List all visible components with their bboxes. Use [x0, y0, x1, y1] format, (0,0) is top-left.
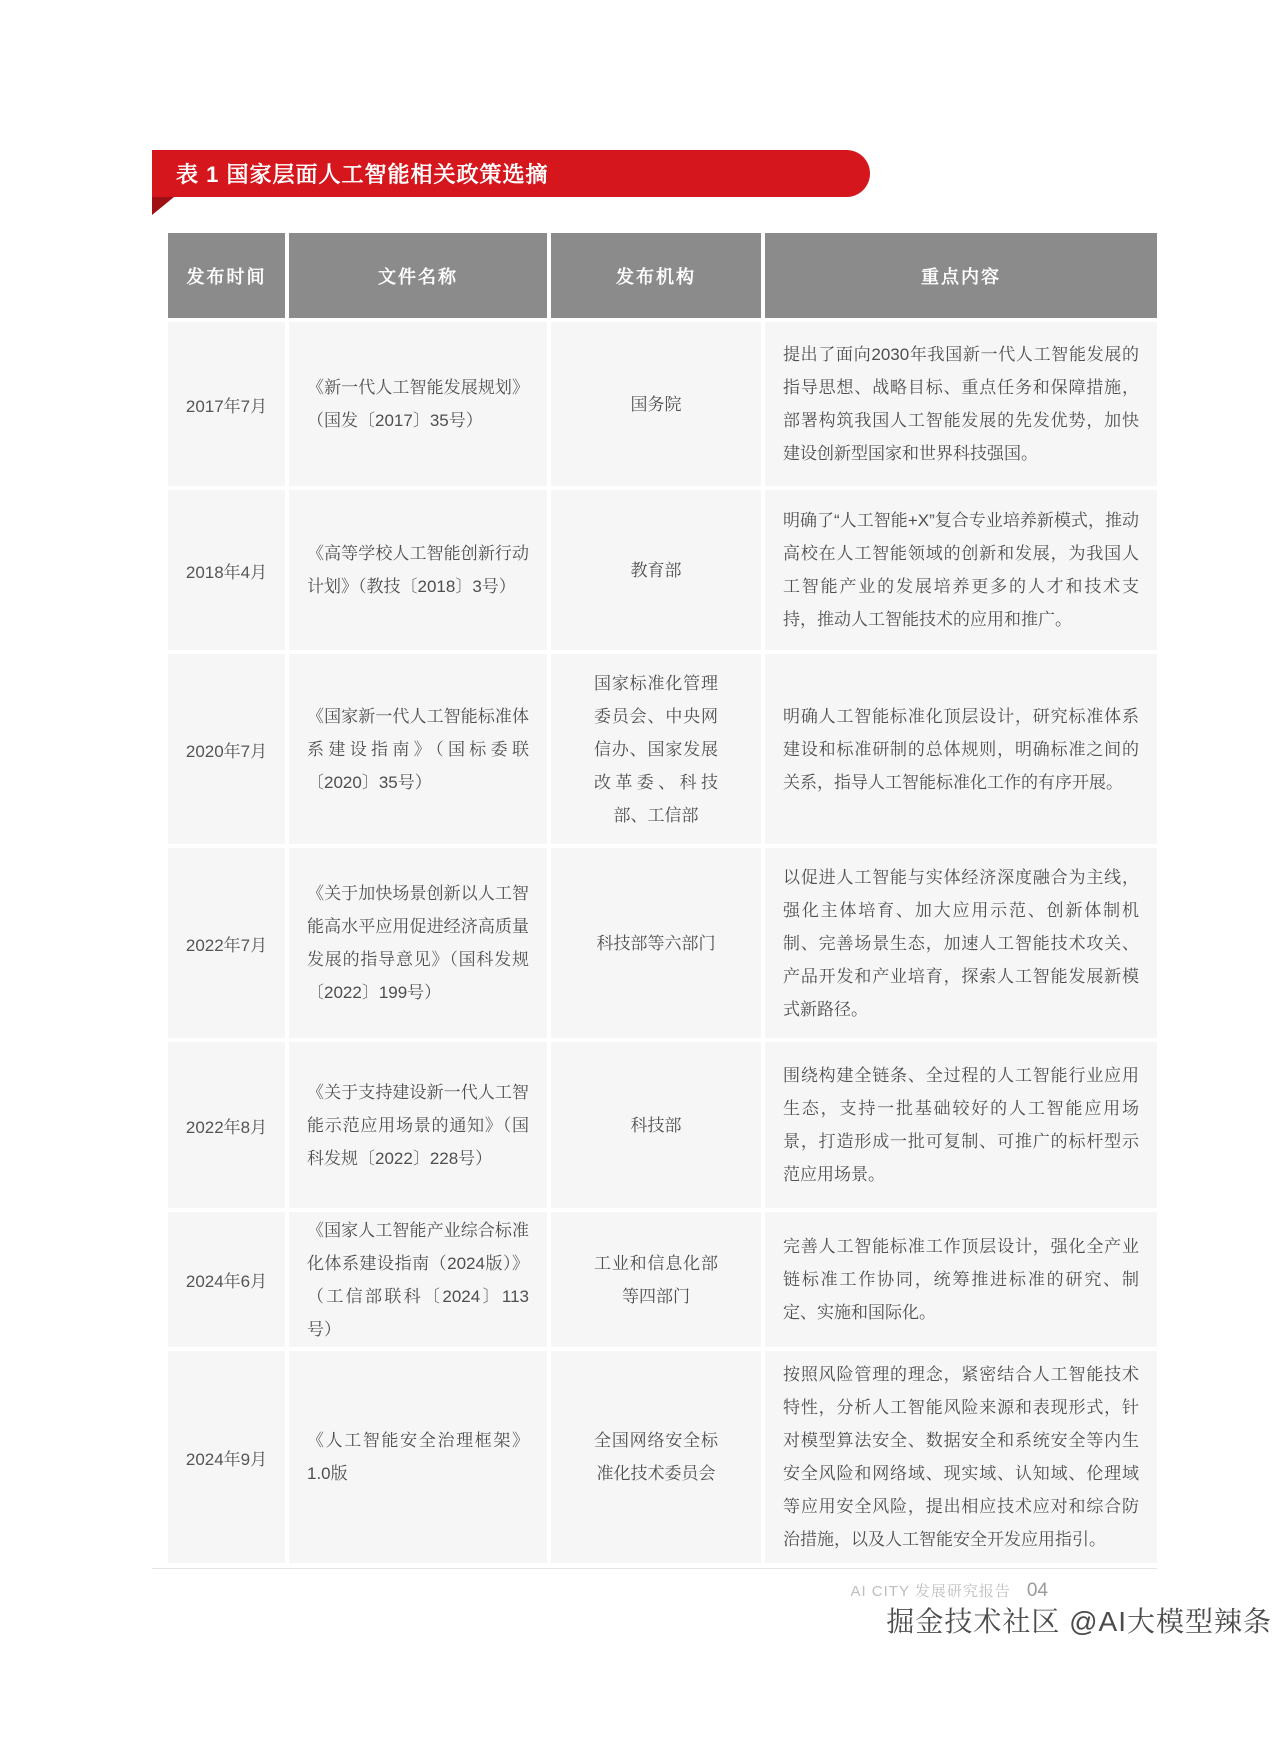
report-title: AI CITY 发展研究报告 — [850, 1580, 1010, 1601]
date-text: 2022年8月 — [186, 1113, 267, 1138]
document-name-text: 《人工智能安全治理框架》1.0版 — [307, 1424, 529, 1490]
cell-issuing-agency: 全国网络安全标准化技术委员会 — [551, 1351, 761, 1563]
document-name-text: 《国家人工智能产业综合标准化体系建设指南（2024版）》（工信部联科〔2024〕… — [307, 1214, 529, 1346]
date-text: 2022年7月 — [186, 931, 267, 956]
cell-date: 2022年7月 — [168, 848, 285, 1038]
column-header-publish-date: 发布时间 — [168, 233, 285, 318]
cell-key-content: 按照风险管理的理念，紧密结合人工智能技术特性，分析人工智能风险来源和表现形式，针… — [765, 1351, 1157, 1563]
key-content-text: 明确人工智能标准化顶层设计，研究标准体系建设和标准研制的总体规则，明确标准之间的… — [783, 700, 1139, 799]
key-content-text: 以促进人工智能与实体经济深度融合为主线，强化主体培育、加大应用示范、创新体制机制… — [783, 861, 1139, 1026]
cell-issuing-agency: 科技部 — [551, 1042, 761, 1208]
date-text: 2017年7月 — [186, 392, 267, 417]
cell-document-name: 《关于加快场景创新以人工智能高水平应用促进经济高质量发展的指导意见》（国科发规〔… — [289, 848, 547, 1038]
watermark-text: 掘金技术社区 @AI大模型辣条 — [886, 1600, 1272, 1640]
document-name-text: 《关于加快场景创新以人工智能高水平应用促进经济高质量发展的指导意见》（国科发规〔… — [307, 877, 529, 1009]
footer-divider — [152, 1568, 1157, 1569]
document-name-text: 《国家新一代人工智能标准体系建设指南》（国标委联〔2020〕35号） — [307, 700, 529, 799]
key-content-text: 完善人工智能标准工作顶层设计，强化全产业链标准工作协同，统筹推进标准的研究、制定… — [783, 1230, 1139, 1329]
document-page: 表 1 国家层面人工智能相关政策选摘 发布时间 文件名称 发布机构 重点内容 2… — [0, 0, 1280, 1737]
cell-document-name: 《国家人工智能产业综合标准化体系建设指南（2024版）》（工信部联科〔2024〕… — [289, 1212, 547, 1347]
column-header-document-name: 文件名称 — [289, 233, 547, 318]
cell-document-name: 《新一代人工智能发展规划》（国发〔2017〕35号） — [289, 322, 547, 486]
cell-date: 2024年6月 — [168, 1212, 285, 1347]
document-name-text: 《高等学校人工智能创新行动计划》（教技〔2018〕3号） — [307, 537, 529, 603]
cell-date: 2017年7月 — [168, 322, 285, 486]
document-name-text: 《新一代人工智能发展规划》（国发〔2017〕35号） — [307, 371, 529, 437]
agency-text: 科技部 — [594, 1109, 718, 1142]
cell-document-name: 《人工智能安全治理框架》1.0版 — [289, 1351, 547, 1563]
cell-document-name: 《国家新一代人工智能标准体系建设指南》（国标委联〔2020〕35号） — [289, 654, 547, 844]
cell-key-content: 围绕构建全链条、全过程的人工智能行业应用生态，支持一批基础较好的人工智能应用场景… — [765, 1042, 1157, 1208]
agency-text: 工业和信息化部等四部门 — [594, 1247, 718, 1313]
key-content-text: 明确了“人工智能+X”复合专业培养新模式，推动高校在人工智能领域的创新和发展，为… — [783, 504, 1139, 636]
cell-document-name: 《高等学校人工智能创新行动计划》（教技〔2018〕3号） — [289, 490, 547, 650]
cell-issuing-agency: 教育部 — [551, 490, 761, 650]
cell-key-content: 提出了面向2030年我国新一代人工智能发展的指导思想、战略目标、重点任务和保障措… — [765, 322, 1157, 486]
date-text: 2024年6月 — [186, 1267, 267, 1292]
cell-key-content: 完善人工智能标准工作顶层设计，强化全产业链标准工作协同，统筹推进标准的研究、制定… — [765, 1212, 1157, 1347]
column-header-issuing-agency: 发布机构 — [551, 233, 761, 318]
date-text: 2024年9月 — [186, 1445, 267, 1470]
document-name-text: 《关于支持建设新一代人工智能示范应用场景的通知》（国科发规〔2022〕228号） — [307, 1076, 529, 1175]
agency-text: 教育部 — [594, 554, 718, 587]
footer-report-line: AI CITY 发展研究报告 04 — [850, 1580, 1048, 1602]
agency-text: 国务院 — [594, 388, 718, 421]
agency-text: 国家标准化管理委员会、中央网信办、国家发展改革委、科技部、工信部 — [594, 667, 718, 832]
key-content-text: 提出了面向2030年我国新一代人工智能发展的指导思想、战略目标、重点任务和保障措… — [783, 338, 1139, 470]
table-title-banner: 表 1 国家层面人工智能相关政策选摘 — [152, 150, 870, 197]
page-number: 04 — [1027, 1580, 1048, 1602]
cell-issuing-agency: 国务院 — [551, 322, 761, 486]
agency-text: 全国网络安全标准化技术委员会 — [594, 1424, 718, 1490]
cell-key-content: 以促进人工智能与实体经济深度融合为主线，强化主体培育、加大应用示范、创新体制机制… — [765, 848, 1157, 1038]
policy-table: 发布时间 文件名称 发布机构 重点内容 2017年7月 《新一代人工智能发展规划… — [168, 233, 1157, 1563]
cell-document-name: 《关于支持建设新一代人工智能示范应用场景的通知》（国科发规〔2022〕228号） — [289, 1042, 547, 1208]
key-content-text: 围绕构建全链条、全过程的人工智能行业应用生态，支持一批基础较好的人工智能应用场景… — [783, 1059, 1139, 1191]
cell-date: 2024年9月 — [168, 1351, 285, 1563]
table-title: 表 1 国家层面人工智能相关政策选摘 — [176, 158, 548, 189]
date-text: 2018年4月 — [186, 558, 267, 583]
cell-key-content: 明确人工智能标准化顶层设计，研究标准体系建设和标准研制的总体规则，明确标准之间的… — [765, 654, 1157, 844]
cell-key-content: 明确了“人工智能+X”复合专业培养新模式，推动高校在人工智能领域的创新和发展，为… — [765, 490, 1157, 650]
ribbon-fold — [152, 197, 174, 215]
cell-date: 2020年7月 — [168, 654, 285, 844]
date-text: 2020年7月 — [186, 737, 267, 762]
cell-issuing-agency: 科技部等六部门 — [551, 848, 761, 1038]
column-header-key-content: 重点内容 — [765, 233, 1157, 318]
agency-text: 科技部等六部门 — [594, 927, 718, 960]
cell-issuing-agency: 国家标准化管理委员会、中央网信办、国家发展改革委、科技部、工信部 — [551, 654, 761, 844]
key-content-text: 按照风险管理的理念，紧密结合人工智能技术特性，分析人工智能风险来源和表现形式，针… — [783, 1358, 1139, 1556]
cell-issuing-agency: 工业和信息化部等四部门 — [551, 1212, 761, 1347]
cell-date: 2018年4月 — [168, 490, 285, 650]
cell-date: 2022年8月 — [168, 1042, 285, 1208]
